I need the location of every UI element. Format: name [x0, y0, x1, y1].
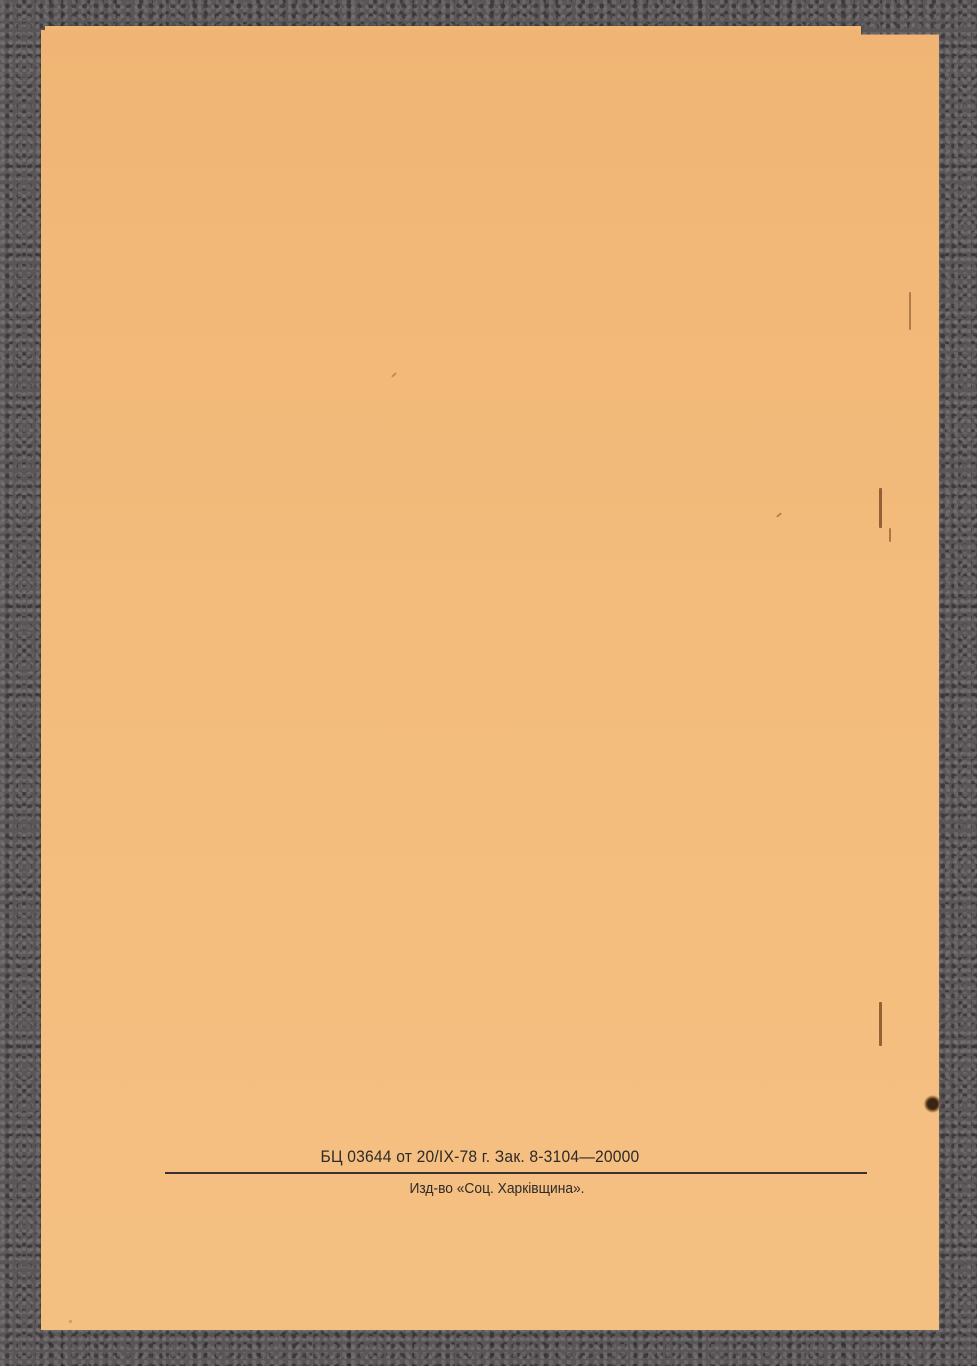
paper-stain	[923, 1095, 939, 1113]
paper-speck	[776, 512, 782, 517]
paper-speck	[889, 528, 891, 542]
paper-speck	[909, 292, 911, 330]
paper-speck	[391, 372, 397, 377]
back-cover-page: БЦ 03644 от 20/IX-78 г. Зак. 8-3104—2000…	[41, 30, 939, 1330]
paper-speck	[69, 1320, 72, 1323]
imprint-publisher: Изд-во «Соц. Харківщина».	[77, 1180, 916, 1197]
paper-speck	[879, 1002, 882, 1046]
imprint-divider	[165, 1172, 867, 1174]
paper-speck	[879, 488, 882, 528]
imprint-print-data: БЦ 03644 от 20/IX-78 г. Зак. 8-3104—2000…	[95, 1147, 866, 1167]
